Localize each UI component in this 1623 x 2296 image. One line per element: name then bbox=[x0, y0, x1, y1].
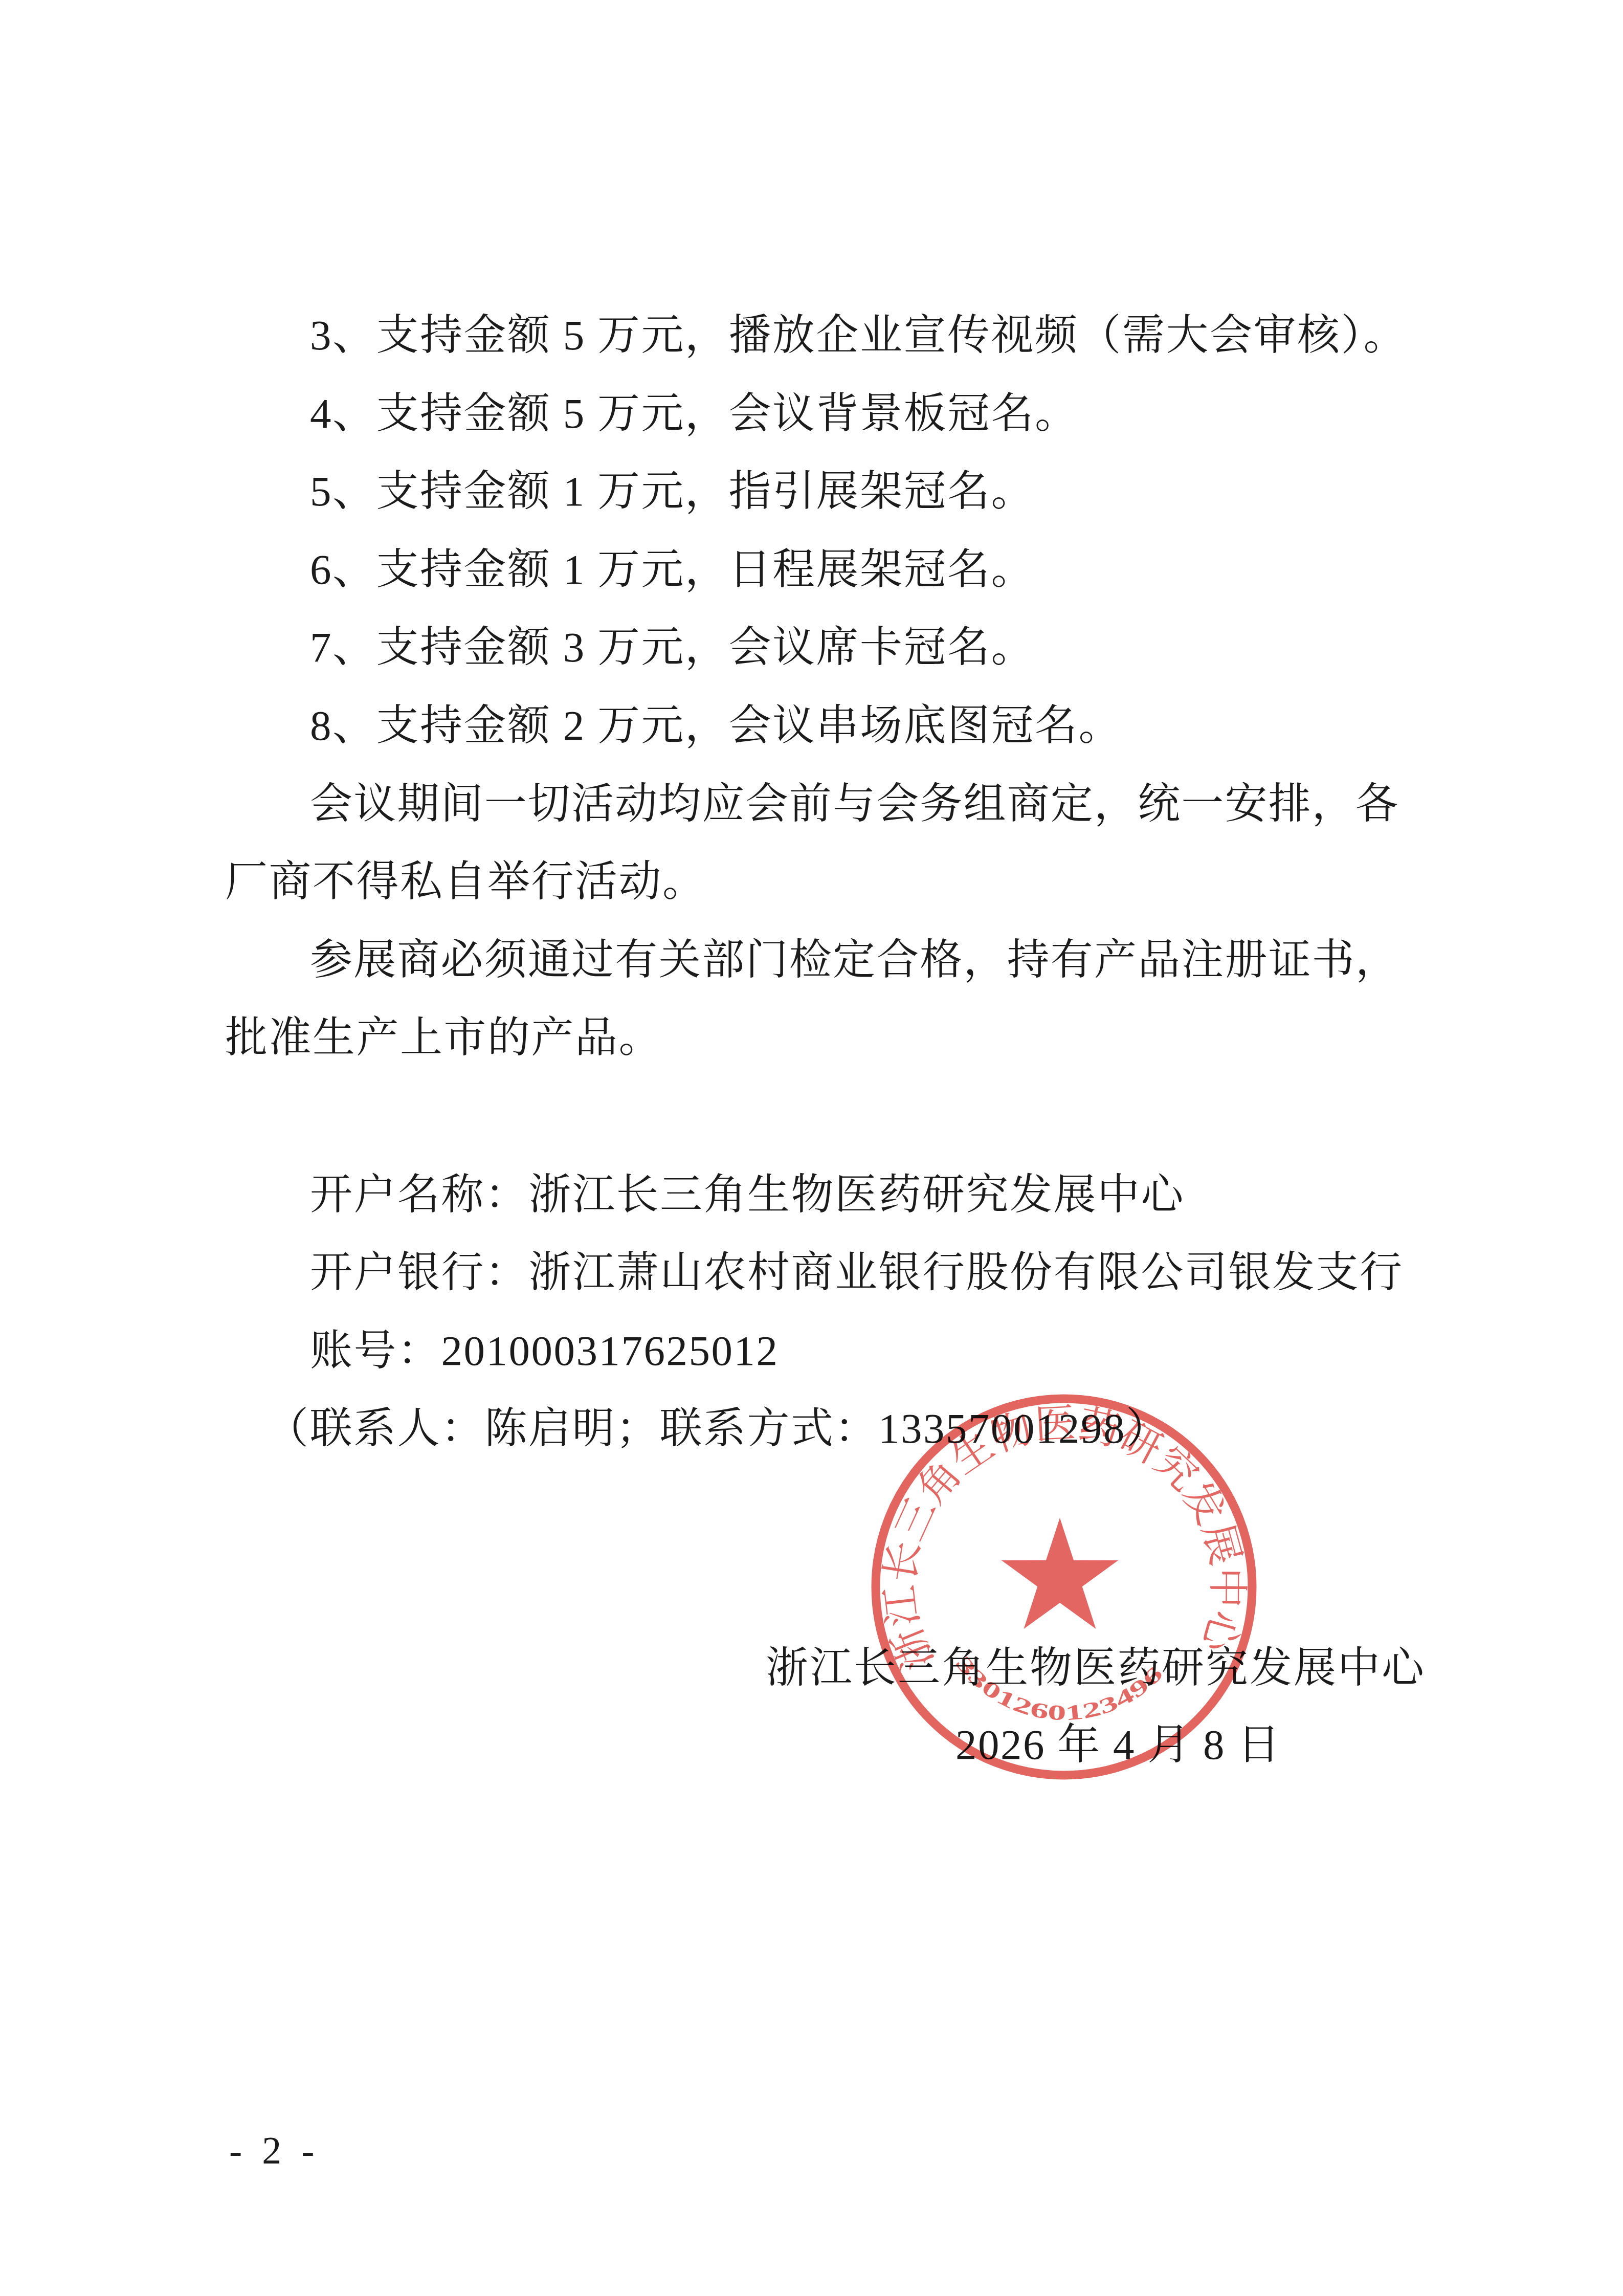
page-number: - 2 - bbox=[229, 2130, 320, 2171]
list-item: 8、支持金额 2 万元，会议串场底图冠名。 bbox=[310, 703, 1122, 748]
seal-border-circle bbox=[876, 1399, 1252, 1775]
signature-org-line: 浙江长三角生物医药研究发展中心 bbox=[766, 1645, 1426, 1690]
bank-account-number-line: 账号：201000317625012 bbox=[310, 1328, 779, 1373]
bank-account-name-line: 开户名称：浙江长三角生物医药研究发展中心 bbox=[310, 1172, 1185, 1217]
list-item: 4、支持金额 5 万元，会议背景板冠名。 bbox=[310, 391, 1079, 436]
paragraph-line: 批准生产上市的产品。 bbox=[225, 1015, 662, 1060]
paragraph-line: 厂商不得私自举行活动。 bbox=[225, 859, 706, 904]
bank-name-line: 开户银行：浙江萧山农村商业银行股份有限公司银发支行 bbox=[310, 1250, 1404, 1295]
list-item: 5、支持金额 1 万元，指引展架冠名。 bbox=[310, 469, 1035, 514]
list-item: 6、支持金额 1 万元，日程展架冠名。 bbox=[310, 547, 1035, 592]
contact-line: （联系人：陈启明；联系方式：13357001298） bbox=[266, 1406, 1170, 1451]
signature-date-line: 2026 年 4 月 8 日 bbox=[955, 1722, 1281, 1767]
list-item: 3、支持金额 5 万元，播放企业宣传视频（需大会审核）。 bbox=[310, 313, 1407, 358]
paragraph-line: 参展商必须通过有关部门检定合格，持有产品注册证书， bbox=[310, 937, 1398, 982]
document-page: 3、支持金额 5 万元，播放企业宣传视频（需大会审核）。 4、支持金额 5 万元… bbox=[0, 0, 1623, 2296]
paragraph-line: 会议期间一切活动均应会前与会务组商定，统一安排，各 bbox=[310, 781, 1398, 826]
seal-star-icon bbox=[1002, 1518, 1118, 1629]
list-item: 7、支持金额 3 万元，会议席卡冠名。 bbox=[310, 625, 1035, 670]
